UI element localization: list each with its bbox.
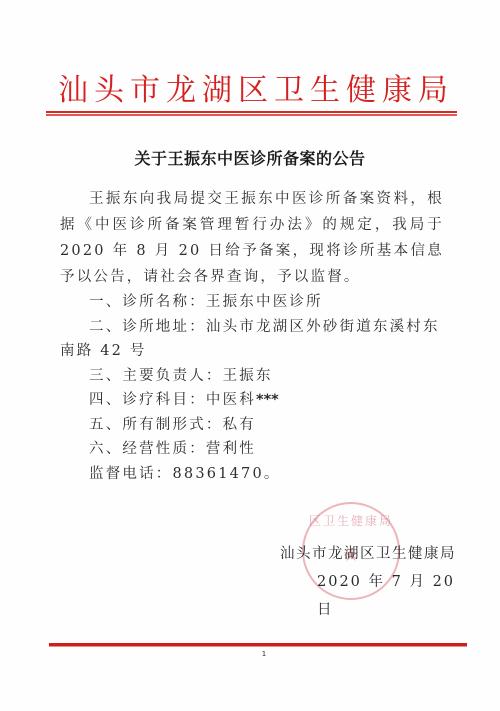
item-clinic-name: 一、诊所名称：王振东中医诊所 [60, 290, 444, 315]
intro-paragraph: 王振东向我局提交王振东中医诊所备案资料，根据《中医诊所备案管理暂行办法》的规定，… [60, 186, 444, 290]
item-label: 三、主要负责人： [89, 368, 223, 384]
notice-body: 王振东向我局提交王振东中医诊所备案资料，根据《中医诊所备案管理暂行办法》的规定，… [60, 186, 444, 486]
item-value: 营利性 [206, 441, 256, 457]
item-label: 二、诊所地址： [89, 319, 206, 335]
footer-red-rule [49, 643, 467, 647]
item-value: 中医科 [206, 392, 256, 408]
page-number: 1 [0, 650, 500, 658]
item-ownership: 五、所有制形式：私有 [60, 413, 444, 438]
item-label: 四、诊疗科目： [89, 392, 206, 408]
masthead-red-rule [46, 111, 457, 116]
item-responsible-person: 三、主要负责人：王振东 [60, 364, 444, 389]
item-label: 五、所有制形式： [89, 417, 223, 433]
item-value: 王振东中医诊所 [206, 294, 323, 310]
item-label: 监督电话： [89, 466, 173, 482]
item-business-nature: 六、经营性质：营利性 [60, 437, 444, 462]
item-label: 一、诊所名称： [89, 294, 206, 310]
signature-block: 汕头市龙湖区卫生健康局 2020 年 7 月 20 日 [280, 540, 460, 624]
red-rule-thin [46, 114, 457, 116]
item-value: 王振东 [223, 368, 273, 384]
item-value: 88361470。 [173, 466, 281, 482]
red-rule-thin [49, 646, 467, 647]
signature-organization: 汕头市龙湖区卫生健康局 [280, 540, 460, 568]
redacted-stars: *** [256, 392, 279, 408]
seal-text: 区卫生健康局 [304, 512, 398, 529]
item-medical-subjects: 四、诊疗科目：中医科*** [60, 388, 444, 413]
item-value: 私有 [223, 417, 256, 433]
masthead-title: 汕头市龙湖区卫生健康局 [0, 74, 500, 108]
item-label: 六、经营性质： [89, 441, 206, 457]
signature-date: 2020 年 7 月 20 日 [280, 568, 460, 624]
red-rule-thick [46, 111, 457, 113]
item-supervision-phone: 监督电话：88361470。 [60, 462, 444, 487]
notice-title: 关于王振东中医诊所备案的公告 [0, 146, 500, 169]
document-page: 汕头市龙湖区卫生健康局 关于王振东中医诊所备案的公告 王振东向我局提交王振东中医… [0, 0, 500, 711]
item-clinic-address: 二、诊所地址：汕头市龙湖区外砂街道东溪村东南路 42 号 [60, 315, 444, 364]
